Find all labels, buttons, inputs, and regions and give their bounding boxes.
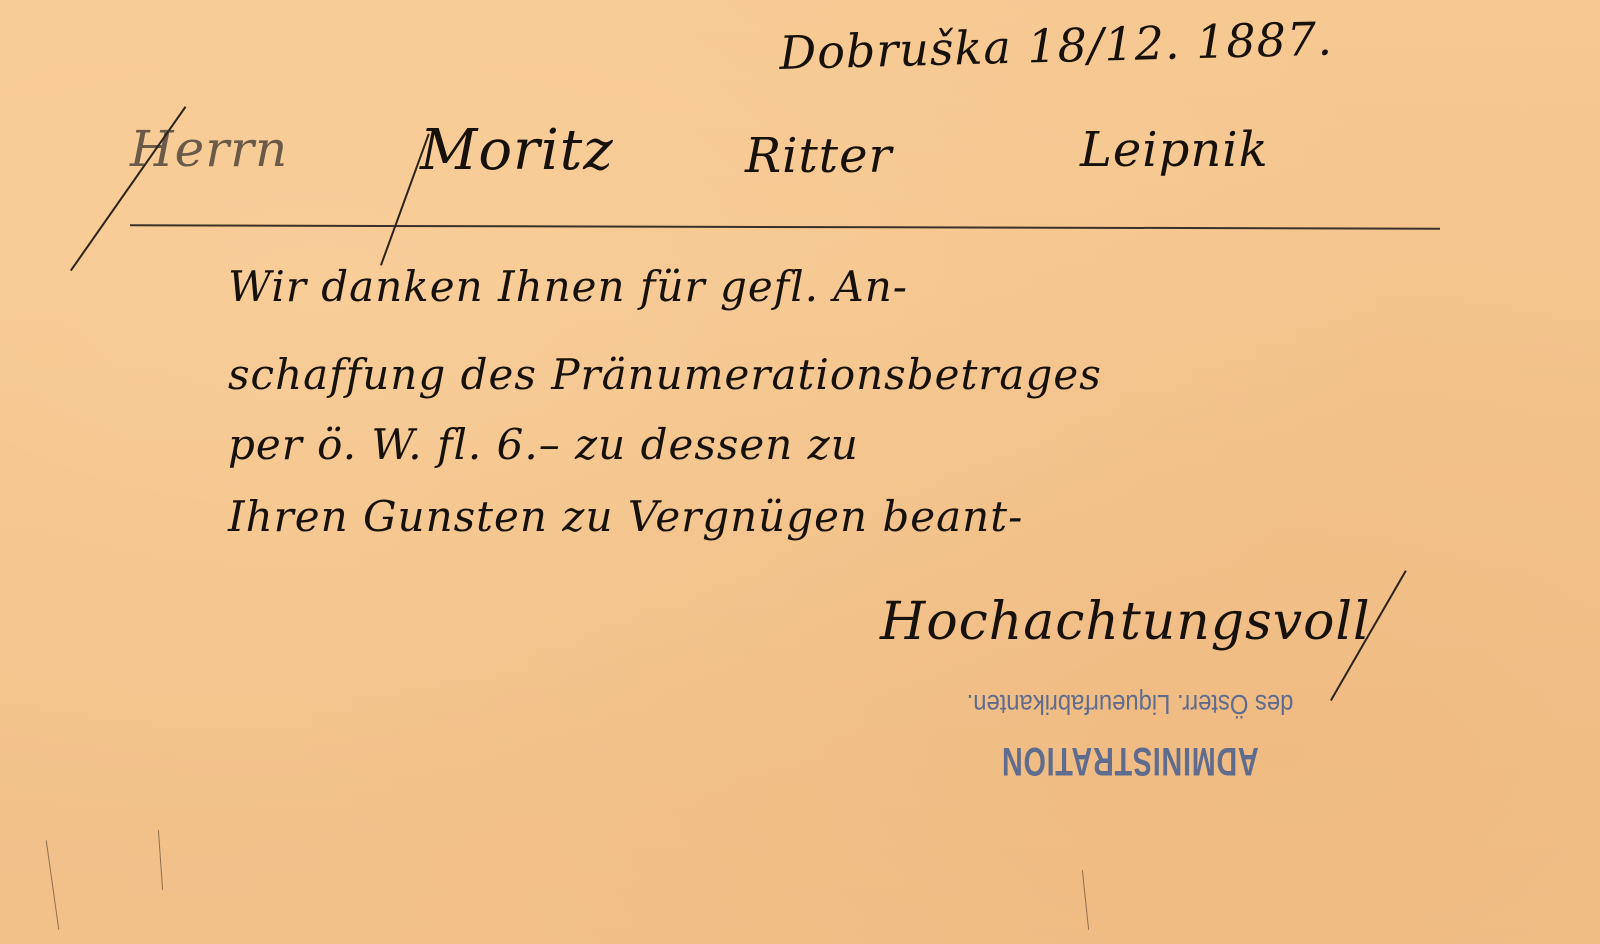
body-line-3: per ö. W. fl. 6.– zu dessen zu [228,420,859,469]
postcard: Dobruška 18/12. 1887. Herrn Moritz Ritte… [0,0,1600,944]
paper-scratch [46,840,60,929]
flourish-h [70,106,186,271]
stamp-title: ADMINISTRATION [943,738,1317,783]
paper-scratch [1082,870,1089,930]
address-surname: Leipnik [1080,122,1269,178]
address-underline [130,224,1440,229]
body-line-4: Ihren Gunsten zu Vergnügen beant- [228,492,1023,541]
place-date: Dobruška 18/12. 1887. [779,12,1334,80]
address-title: Ritter [745,128,892,184]
flourish-m [380,133,430,265]
closing-signature: Hochachtungsvoll [880,592,1371,652]
body-line-2: schaffung des Pränumerationsbetrages [228,350,1102,399]
paper-scratch [158,830,163,890]
address-first-name: Moritz [420,118,614,183]
administration-stamp: ADMINISTRATION des Österr. Liqueurfabrik… [870,688,1390,783]
stamp-subtitle: des Österr. Liqueurfabrikanten. [909,688,1351,720]
body-line-1: Wir danken Ihnen für gefl. An- [228,262,908,311]
